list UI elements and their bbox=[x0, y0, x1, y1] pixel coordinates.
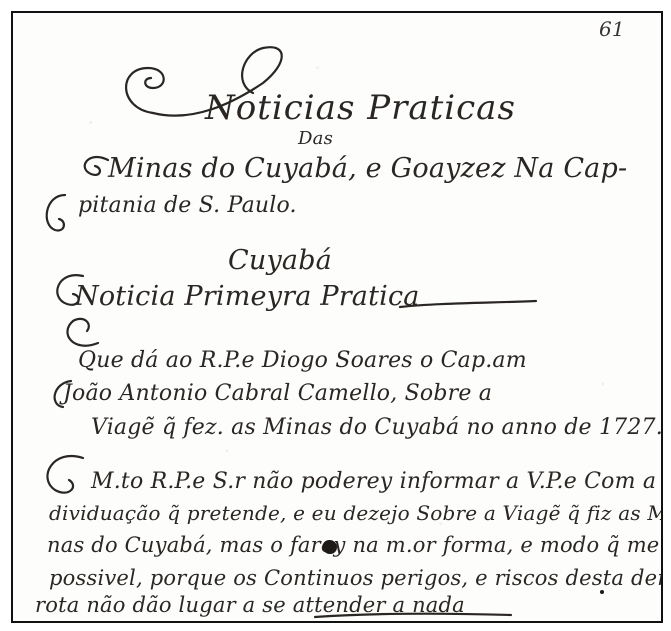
attribution-line-2: João Antonio Cabral Camello, Sobre a bbox=[63, 381, 492, 406]
body-line-2: dividuação q̃ pretende, e eu dezejo Sobr… bbox=[49, 501, 663, 525]
scan-speck bbox=[600, 590, 604, 594]
body-line-4: possivel, porque os Continuos perigos, e… bbox=[49, 566, 663, 590]
title-connector: Das bbox=[298, 128, 333, 149]
body-line-3: nas do Cuyabá, mas o farey na m.or forma… bbox=[47, 533, 663, 557]
title-line-2: Minas do Cuyabá, e Goayzez Na Cap- bbox=[108, 153, 627, 184]
manuscript-page: 61 Noticias Praticas Das Minas do Cuyabá… bbox=[11, 11, 663, 623]
title-line-3: pitania de S. Paulo. bbox=[78, 193, 297, 218]
folio-number: 61 bbox=[599, 17, 625, 41]
subheading-line: Noticia Primeyra Pratica bbox=[75, 281, 420, 312]
margin-flourish-icon bbox=[35, 185, 75, 245]
body-line-1: M.to R.P.e S.r não poderey informar a V.… bbox=[91, 469, 663, 494]
attribution-line-3: Viagẽ q̃ fez. as Minas do Cuyabá no anno… bbox=[91, 415, 663, 440]
subheading-place: Cuyabá bbox=[228, 245, 332, 276]
title-line-1: Noticias Praticas bbox=[205, 88, 516, 128]
attribution-line-1: Que dá ao R.P.e Diogo Soares o Cap.am bbox=[78, 348, 527, 373]
ink-blot bbox=[323, 540, 337, 554]
body-line-5: rota não dão lugar a se attender a nada bbox=[35, 593, 465, 617]
